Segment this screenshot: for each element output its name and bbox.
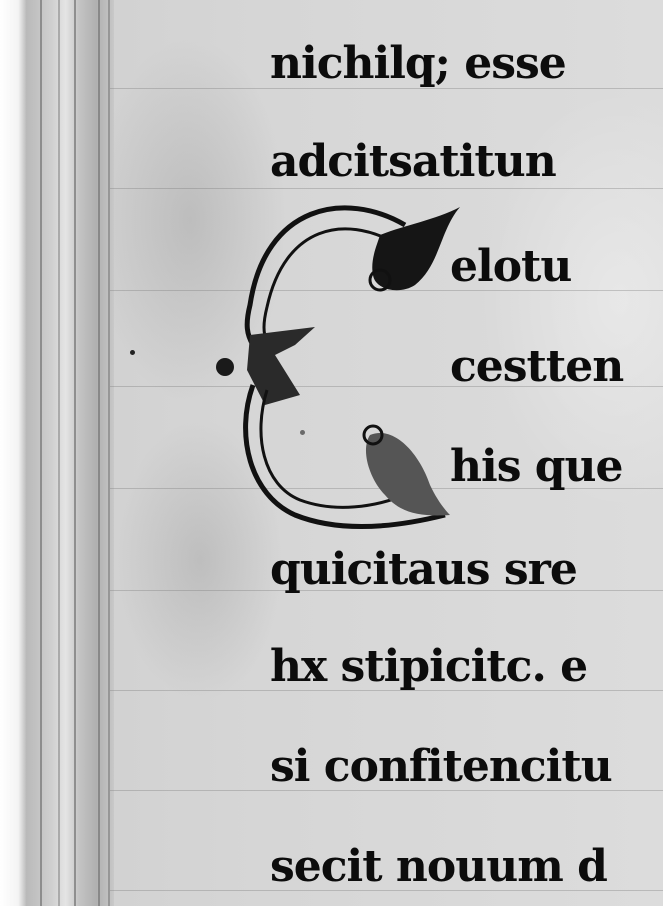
margin-rule: [98, 0, 100, 906]
decorated-initial-icon: [205, 195, 465, 535]
manuscript-line: nichilq; esse: [270, 42, 566, 86]
margin-rule: [40, 0, 42, 906]
ruling-line: [110, 188, 663, 189]
manuscript-line: cestten: [450, 345, 623, 389]
manuscript-line: hx stipicitc. e: [270, 645, 587, 689]
manuscript-line: si confitencitu: [270, 745, 612, 789]
manuscript-line: elotu: [450, 245, 571, 289]
page-edge: [0, 0, 26, 906]
ink-speck: [130, 350, 135, 355]
manuscript-line: quicitaus sre: [270, 548, 577, 592]
margin-rule: [74, 0, 76, 906]
margin-rule: [108, 0, 110, 906]
manuscript-line: adcitsatitun: [270, 140, 556, 184]
manuscript-page: nichilq; esse adcitsatitun elotu cestten…: [0, 0, 663, 906]
manuscript-line: secit nouum d: [270, 845, 607, 889]
manuscript-line: his que: [450, 445, 623, 489]
margin-rule: [58, 0, 60, 906]
ink-speck: [300, 430, 305, 435]
